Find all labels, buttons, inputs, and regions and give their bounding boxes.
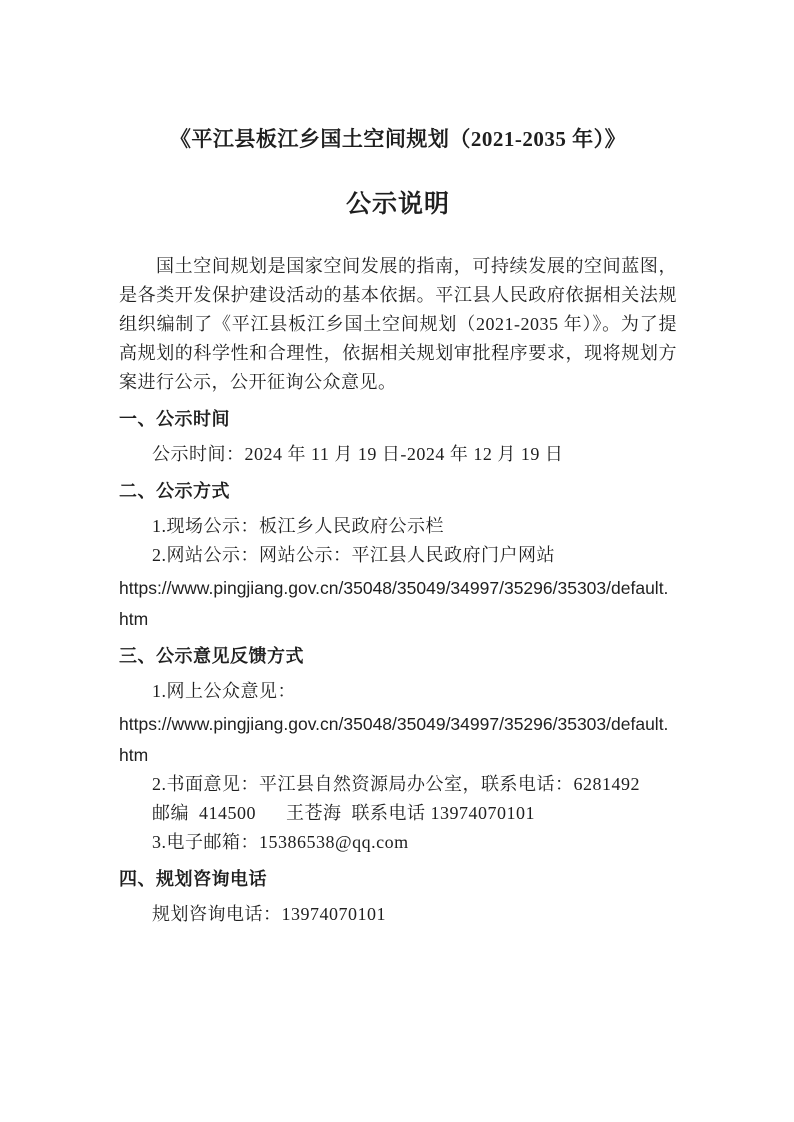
url-text: https://www.pingjiang.gov.cn/35048/35049… xyxy=(119,573,677,634)
url-text: https://www.pingjiang.gov.cn/35048/35049… xyxy=(119,709,677,770)
doc-subtitle: 公示说明 xyxy=(119,189,677,220)
section-heading: 三、公示意见反馈方式 xyxy=(119,642,677,671)
body-line: 公示时间：2024 年 11 月 19 日-2024 年 12 月 19 日 xyxy=(119,440,677,469)
section-heading: 一、公示时间 xyxy=(119,405,677,434)
intro-paragraph: 国土空间规划是国家空间发展的指南，可持续发展的空间蓝图，是各类开发保护建设活动的… xyxy=(119,252,677,397)
body-line: 规划咨询电话：13974070101 xyxy=(119,900,677,929)
section-feedback-method: 三、公示意见反馈方式 1.网上公众意见： https://www.pingjia… xyxy=(119,642,677,857)
body-line: 3.电子邮箱：15386538@qq.com xyxy=(119,828,677,857)
section-consultation-phone: 四、规划咨询电话 规划咨询电话：13974070101 xyxy=(119,865,677,929)
body-line: 1.现场公示：板江乡人民政府公示栏 xyxy=(119,512,677,541)
section-heading: 二、公示方式 xyxy=(119,477,677,506)
section-publicity-period: 一、公示时间 公示时间：2024 年 11 月 19 日-2024 年 12 月… xyxy=(119,405,677,469)
body-line: 1.网上公众意见： xyxy=(119,677,677,706)
section-publicity-method: 二、公示方式 1.现场公示：板江乡人民政府公示栏 2.网站公示：网站公示：平江县… xyxy=(119,477,677,634)
body-line: 邮编 414500 王苍海 联系电话 13974070101 xyxy=(119,799,677,828)
body-line: 2.书面意见：平江县自然资源局办公室，联系电话：6281492 xyxy=(119,770,677,799)
section-heading: 四、规划咨询电话 xyxy=(119,865,677,894)
doc-title: 《平江县板江乡国土空间规划（2021-2035 年）》 xyxy=(119,126,677,153)
body-line: 2.网站公示：网站公示：平江县人民政府门户网站 xyxy=(119,541,677,570)
document-page: 《平江县板江乡国土空间规划（2021-2035 年）》 公示说明 国土空间规划是… xyxy=(0,0,794,1122)
